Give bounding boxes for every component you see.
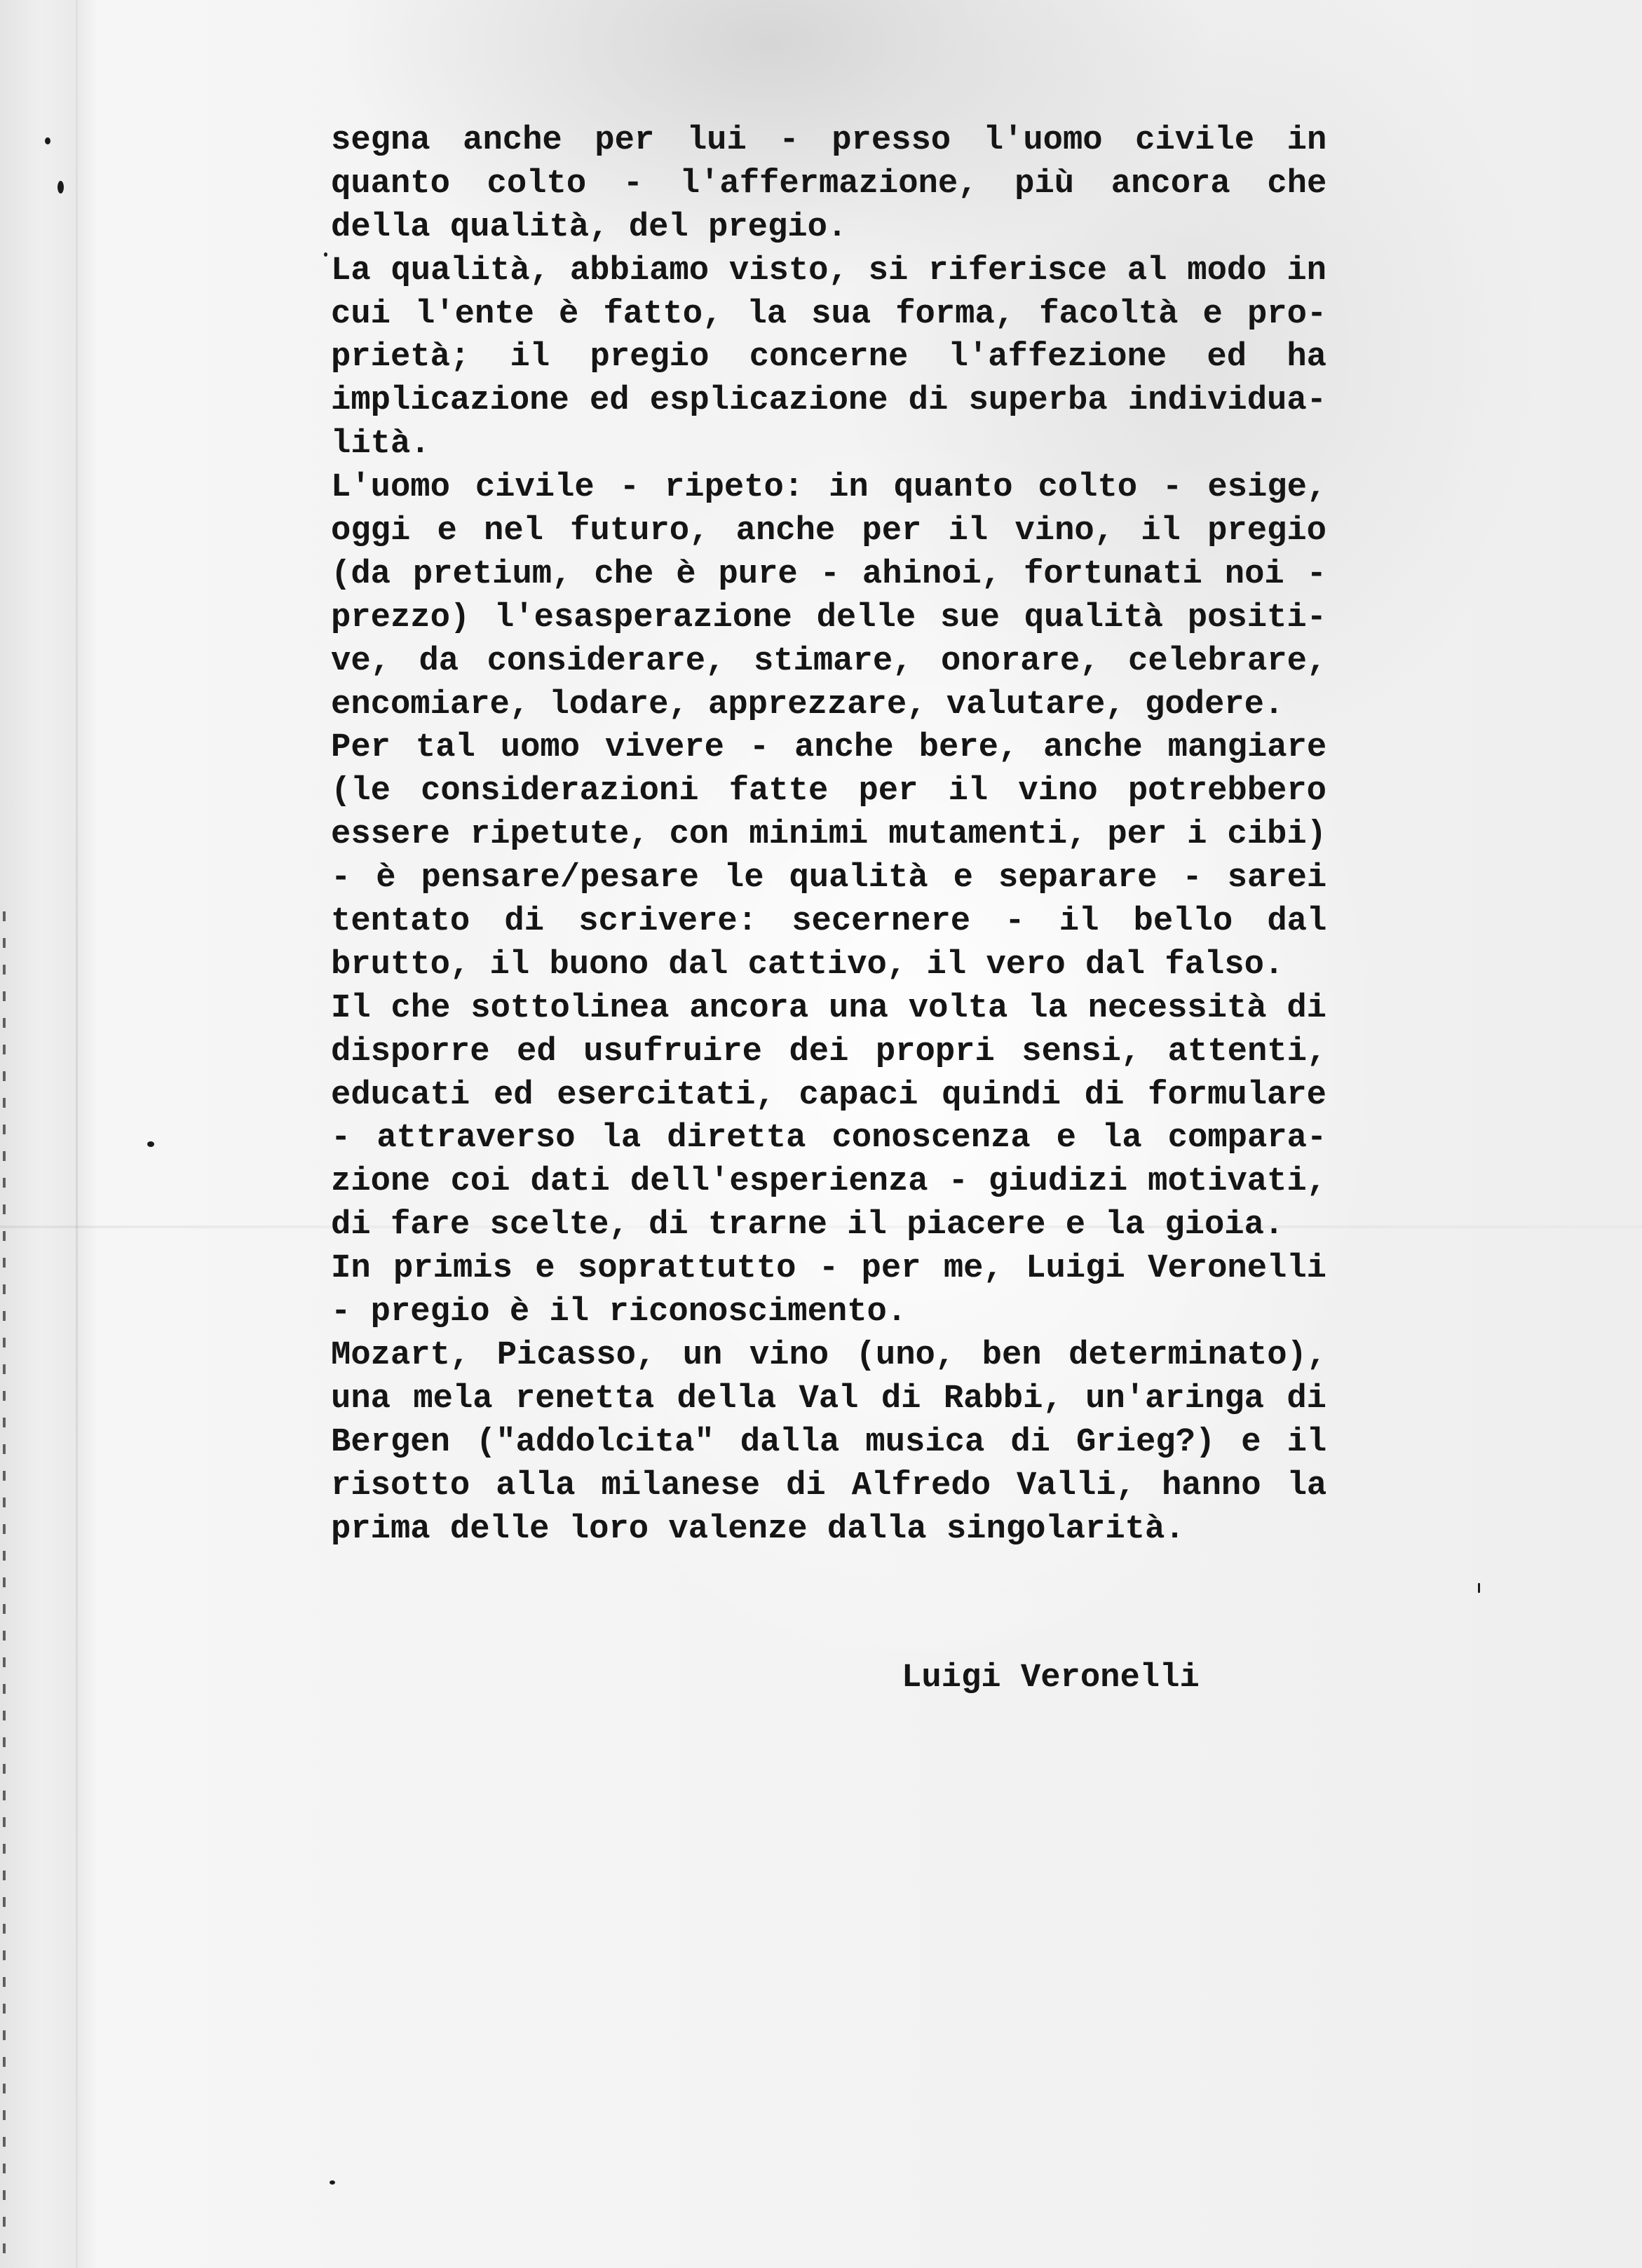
text-line: prima delle loro valenze dalla singolari…: [331, 1508, 1327, 1551]
text-line: disporre ed usufruire dei propri sensi, …: [331, 1031, 1327, 1074]
text-line: zione coi dati dell'esperienza - giudizi…: [331, 1160, 1327, 1204]
paragraph: L'uomo civile - ripeto: in quanto colto …: [331, 466, 1327, 726]
ink-speck: [147, 1141, 154, 1147]
ink-speck: [330, 2180, 335, 2185]
ink-speck: [45, 137, 50, 144]
signature: Luigi Veronelli: [902, 1657, 1200, 1699]
text-line: brutto, il buono dal cattivo, il vero da…: [331, 944, 1327, 987]
text-line: Per tal uomo vivere - anche bere, anche …: [331, 726, 1327, 770]
body-text: segna anche per lui - presso l'uomo civi…: [331, 119, 1327, 1551]
text-line: - attraverso la diretta conoscenza e la …: [331, 1117, 1327, 1160]
text-line: (le considerazioni fatte per il vino pot…: [331, 770, 1327, 813]
perforated-margin: [3, 911, 6, 2268]
text-line: La qualità, abbiamo visto, si riferisce …: [331, 250, 1327, 293]
text-line: prezzo) l'esasperazione delle sue qualit…: [331, 597, 1327, 640]
ink-speck: [1478, 1583, 1480, 1593]
text-line: educati ed esercitati, capaci quindi di …: [331, 1074, 1327, 1118]
text-line: encomiare, lodare, apprezzare, valutare,…: [331, 684, 1327, 727]
text-line: In primis e soprattutto - per me, Luigi …: [331, 1247, 1327, 1291]
text-line: (da pretium, che è pure - ahinoi, fortun…: [331, 553, 1327, 597]
ink-speck: [324, 252, 327, 257]
text-line: cui l'ente è fatto, la sua forma, facolt…: [331, 293, 1327, 337]
text-line: Bergen ("addolcita" dalla musica di Grie…: [331, 1421, 1327, 1465]
text-line: Mozart, Picasso, un vino (uno, ben deter…: [331, 1334, 1327, 1378]
text-line: - è pensare/pesare le qualità e separare…: [331, 857, 1327, 900]
text-line: essere ripetute, con minimi mutamenti, p…: [331, 813, 1327, 857]
text-line: segna anche per lui - presso l'uomo civi…: [331, 119, 1327, 163]
text-line: di fare scelte, di trarne il piacere e l…: [331, 1204, 1327, 1247]
text-line: Il che sottolinea ancora una volta la ne…: [331, 987, 1327, 1031]
paragraph: In primis e soprattutto - per me, Luigi …: [331, 1247, 1327, 1334]
paragraph: La qualità, abbiamo visto, si riferisce …: [331, 250, 1327, 466]
paragraph: Il che sottolinea ancora una volta la ne…: [331, 987, 1327, 1247]
text-line: L'uomo civile - ripeto: in quanto colto …: [331, 466, 1327, 510]
text-line: una mela renetta della Val di Rabbi, un'…: [331, 1378, 1327, 1421]
text-line: implicazione ed esplicazione di superba …: [331, 379, 1327, 423]
text-line: - pregio è il riconoscimento.: [331, 1291, 1327, 1334]
scanned-page: segna anche per lui - presso l'uomo civi…: [0, 0, 1642, 2268]
paragraph: Per tal uomo vivere - anche bere, anche …: [331, 726, 1327, 986]
text-line: quanto colto - l'affermazione, più ancor…: [331, 163, 1327, 206]
text-line: ve, da considerare, stimare, onorare, ce…: [331, 640, 1327, 684]
text-line: prietà; il pregio concerne l'affezione e…: [331, 336, 1327, 379]
ink-speck: [57, 181, 64, 193]
text-line: tentato di scrivere: secernere - il bell…: [331, 900, 1327, 944]
paragraph: segna anche per lui - presso l'uomo civi…: [331, 119, 1327, 250]
paper-crease-vertical: [76, 0, 78, 2268]
text-line: della qualità, del pregio.: [331, 206, 1327, 250]
paragraph: Mozart, Picasso, un vino (uno, ben deter…: [331, 1334, 1327, 1551]
text-line: risotto alla milanese di Alfredo Valli, …: [331, 1465, 1327, 1508]
text-line: oggi e nel futuro, anche per il vino, il…: [331, 510, 1327, 553]
text-line: lità.: [331, 423, 1327, 466]
